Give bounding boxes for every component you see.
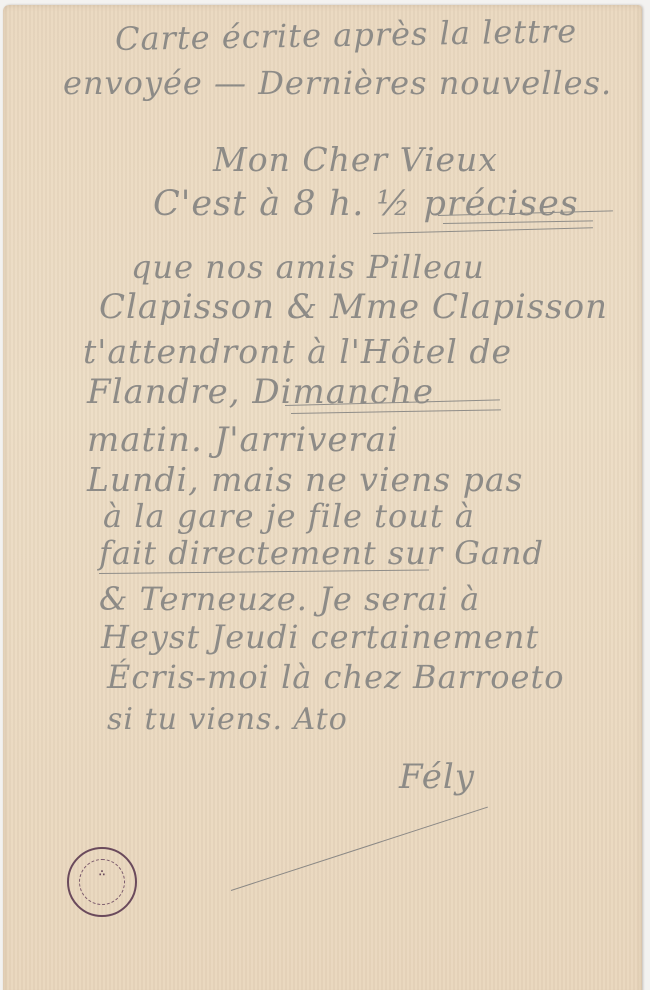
body-line-1: C'est à 8 h. ½ précises <box>153 187 579 222</box>
body-line-6: matin. J'arriverai <box>87 423 399 457</box>
body-line-2: que nos amis Pilleau <box>131 251 485 283</box>
body-line-10: & Terneuze. Je serai à <box>99 583 480 615</box>
body-line-9: fait directement sur Gand <box>99 537 544 569</box>
body-line-7: Lundi, mais ne viens pas <box>87 463 523 496</box>
body-line-13: si tu viens. Ato <box>107 705 348 735</box>
body-line-3: Clapisson & Mme Clapisson <box>99 290 608 324</box>
body-line-5: Flandre, Dimanche <box>87 375 434 409</box>
body-line-8: à la gare je file tout à <box>103 500 475 532</box>
stamp-label: ∴ <box>69 869 135 879</box>
stamp-inner-ring <box>79 859 125 905</box>
body-line-4: t'attendront à l'Hôtel de <box>83 335 512 368</box>
underline-precises-3 <box>373 227 593 234</box>
signature-flourish <box>231 807 488 891</box>
salutation: Mon Cher Vieux <box>213 143 498 176</box>
body-line-11: Heyst Jeudi certainement <box>101 621 539 653</box>
bank-stamp: ∴ <box>67 847 137 917</box>
body-line-12: Écris-moi là chez Barroeto <box>107 661 565 693</box>
postcard: Carte écrite après la lettre envoyée — D… <box>3 5 642 990</box>
header-note-line-1: Carte écrite après la lettre <box>115 15 578 55</box>
signature: Fély <box>399 760 475 794</box>
header-note-line-2: envoyée — Dernières nouvelles. <box>63 67 612 99</box>
